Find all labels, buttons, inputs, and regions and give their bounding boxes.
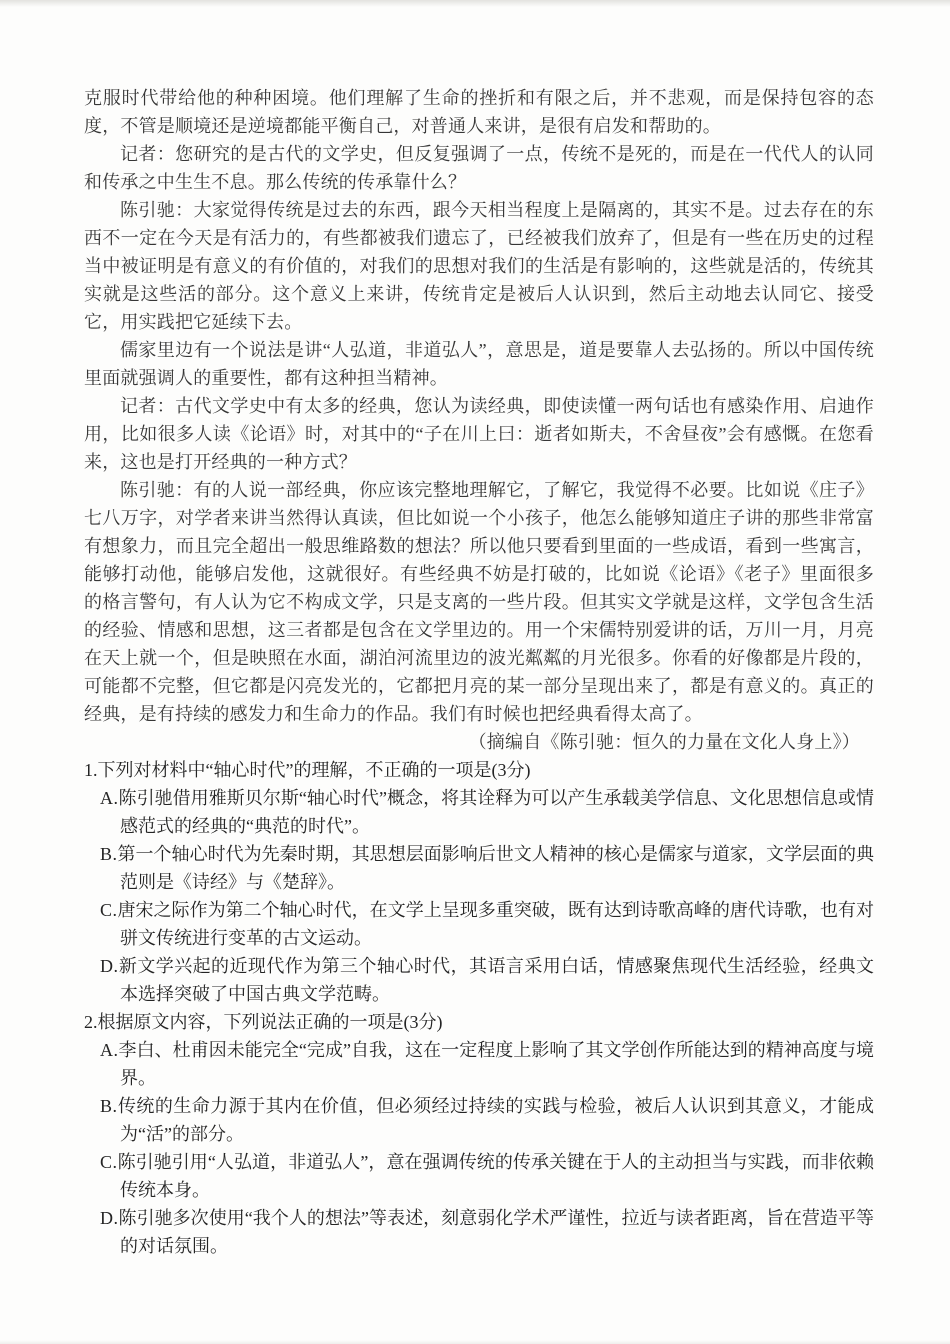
question-1-option-a: A.陈引驰借用雅斯贝尔斯“轴心时代”概念，将其诠释为可以产生承载美学信息、文化思… bbox=[84, 784, 874, 840]
scan-edge-top bbox=[0, 0, 950, 7]
passage-paragraph: 陈引驰：大家觉得传统是过去的东西，跟今天相当程度上是隔离的，其实不是。过去存在的… bbox=[84, 196, 874, 336]
passage-paragraph: 陈引驰：有的人说一部经典，你应该完整地理解它，了解它，我觉得不必要。比如说《庄子… bbox=[84, 476, 874, 728]
option-text: 传统的生命力源于其内在价值，但必须经过持续的实践与检验，被后人认识到其意义，才能… bbox=[118, 1096, 874, 1144]
question-1: 1.下列对材料中“轴心时代”的理解，不正确的一项是(3分) A.陈引驰借用雅斯贝… bbox=[84, 756, 874, 1008]
page-content: 克服时代带给他的种种困境。他们理解了生命的挫折和有限之后，并不悲观，而是保持包容… bbox=[84, 84, 874, 1260]
reading-passage: 克服时代带给他的种种困境。他们理解了生命的挫折和有限之后，并不悲观，而是保持包容… bbox=[84, 84, 874, 756]
option-text: 陈引驰引用“人弘道，非道弘人”，意在强调传统的传承关键在于人的主动担当与实践，而… bbox=[118, 1152, 874, 1200]
question-2-option-a: A.李白、杜甫因未能完全“完成”自我，这在一定程度上影响了其文学创作所能达到的精… bbox=[84, 1036, 874, 1092]
option-label: C. bbox=[100, 1152, 118, 1172]
question-1-option-b: B.第一个轴心时代为先秦时期，其思想层面影响后世文人精神的核心是儒家与道家，文学… bbox=[84, 840, 874, 896]
option-text: 陈引驰多次使用“我个人的想法”等表述，刻意弱化学术严谨性，拉近与读者距离，旨在营… bbox=[119, 1208, 875, 1256]
question-stem: 1.下列对材料中“轴心时代”的理解，不正确的一项是(3分) bbox=[84, 756, 874, 784]
passage-paragraph: 克服时代带给他的种种困境。他们理解了生命的挫折和有限之后，并不悲观，而是保持包容… bbox=[84, 84, 874, 140]
option-label: A. bbox=[100, 788, 119, 808]
option-label: C. bbox=[100, 900, 118, 920]
option-text: 陈引驰借用雅斯贝尔斯“轴心时代”概念，将其诠释为可以产生承载美学信息、文化思想信… bbox=[119, 788, 875, 836]
option-label: B. bbox=[100, 1096, 118, 1116]
question-stem: 2.根据原文内容，下列说法正确的一项是(3分) bbox=[84, 1008, 874, 1036]
question-1-option-d: D.新文学兴起的近现代作为第三个轴心时代，其语言采用白话，情感聚焦现代生活经验，… bbox=[84, 952, 874, 1008]
question-2-option-b: B.传统的生命力源于其内在价值，但必须经过持续的实践与检验，被后人认识到其意义，… bbox=[84, 1092, 874, 1148]
passage-paragraph: 记者：您研究的是古代的文学史，但反复强调了一点，传统不是死的，而是在一代代人的认… bbox=[84, 140, 874, 196]
question-2-option-d: D.陈引驰多次使用“我个人的想法”等表述，刻意弱化学术严谨性，拉近与读者距离，旨… bbox=[84, 1204, 874, 1260]
question-2: 2.根据原文内容，下列说法正确的一项是(3分) A.李白、杜甫因未能完全“完成”… bbox=[84, 1008, 874, 1260]
source-attribution: （摘编自《陈引驰：恒久的力量在文化人身上》） bbox=[84, 728, 874, 756]
question-1-option-c: C.唐宋之际作为第二个轴心时代，在文学上呈现多重突破，既有达到诗歌高峰的唐代诗歌… bbox=[84, 896, 874, 952]
option-label: D. bbox=[100, 1208, 119, 1228]
passage-paragraph: 儒家里边有一个说法是讲“人弘道，非道弘人”，意思是，道是要靠人去弘扬的。所以中国… bbox=[84, 336, 874, 392]
option-label: B. bbox=[100, 844, 118, 864]
option-text: 唐宋之际作为第二个轴心时代，在文学上呈现多重突破，既有达到诗歌高峰的唐代诗歌，也… bbox=[118, 900, 874, 948]
option-text: 李白、杜甫因未能完全“完成”自我，这在一定程度上影响了其文学创作所能达到的精神高… bbox=[119, 1040, 875, 1088]
option-text: 新文学兴起的近现代作为第三个轴心时代，其语言采用白话，情感聚焦现代生活经验，经典… bbox=[119, 956, 875, 1004]
document-page: 克服时代带给他的种种困境。他们理解了生命的挫折和有限之后，并不悲观，而是保持包容… bbox=[0, 0, 950, 1344]
option-label: A. bbox=[100, 1040, 119, 1060]
question-2-option-c: C.陈引驰引用“人弘道，非道弘人”，意在强调传统的传承关键在于人的主动担当与实践… bbox=[84, 1148, 874, 1204]
scan-edge-bottom bbox=[0, 1340, 950, 1344]
passage-paragraph: 记者：古代文学史中有太多的经典，您认为读经典，即使读懂一两句话也有感染作用、启迪… bbox=[84, 392, 874, 476]
option-text: 第一个轴心时代为先秦时期，其思想层面影响后世文人精神的核心是儒家与道家，文学层面… bbox=[118, 844, 874, 892]
option-label: D. bbox=[100, 956, 119, 976]
